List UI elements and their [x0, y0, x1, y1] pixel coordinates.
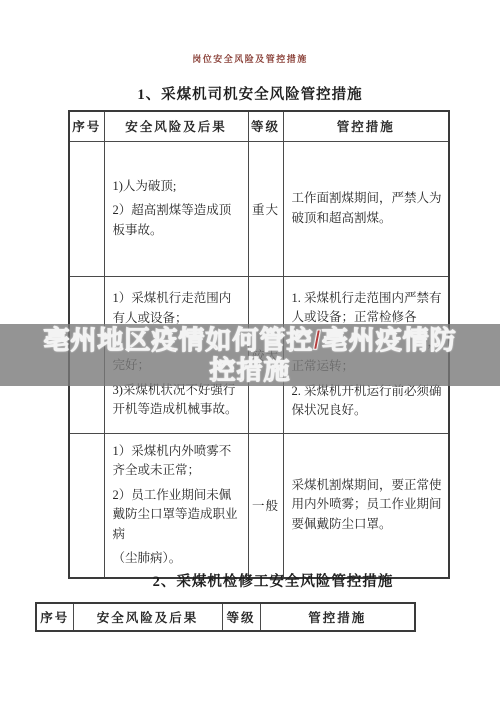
row2-risk-p1: 1）采煤机行走范围内有人或设备； — [113, 289, 242, 328]
row2-measures-p4: 2. 采煤机开机运行前必须确保状况良好。 — [292, 382, 443, 421]
table-row: 1)人为破顶; 2）超高割煤等造成顶板事故。 重大 工作面割煤期间，严禁人为破顶… — [69, 141, 449, 276]
table1-header-row: 序号 安全风险及后果 等级 管控措施 — [69, 111, 449, 141]
row3-risk-p1: 1）采煤机内外喷雾不齐全或未正常； — [113, 442, 242, 481]
row1-level: 重大 — [248, 141, 283, 276]
row1-risk-p2: 2）超高割煤等造成顶板事故。 — [113, 201, 242, 240]
row3-risk: 1）采煤机内外喷雾不齐全或未正常； 2）员工作业期间未佩戴防尘口罩等造成职业病 … — [104, 433, 248, 578]
table2-header-row: 序号 安全风险及后果 等级 管控措施 — [36, 603, 415, 631]
watermark-overlay-band: 亳州地区疫情如何管控/亳州疫情防 控措施 — [0, 324, 500, 386]
table-row: 1）采煤机内外喷雾不齐全或未正常； 2）员工作业期间未佩戴防尘口罩等造成职业病 … — [69, 433, 449, 578]
row3-risk-p2: 2）员工作业期间未佩戴防尘口罩等造成职业病 — [113, 486, 242, 545]
row3-level: 一般 — [248, 433, 283, 578]
watermark-text-line2: 控措施 — [0, 355, 500, 385]
table1-header-no: 序号 — [69, 111, 104, 141]
row1-no — [69, 141, 104, 276]
table2-header-no: 序号 — [36, 603, 73, 631]
row3-measures-p1: 采煤机割煤期间，要正常使用内外喷雾；员工作业期间要佩戴防尘口罩。 — [292, 476, 443, 535]
risk-table-2: 序号 安全风险及后果 等级 管控措施 — [35, 602, 416, 632]
page-header-note: 岗位安全风险及管控措施 — [0, 52, 500, 65]
watermark-text-line1: 亳州地区疫情如何管控/亳州疫情防 — [0, 325, 500, 355]
section1-title: 1、采煤机司机安全风险管控措施 — [0, 83, 500, 104]
row3-no — [69, 433, 104, 578]
row1-measures: 工作面割煤期间，严禁人为破顶和超高割煤。 — [283, 141, 449, 276]
table1-header-measures: 管控措施 — [283, 111, 449, 141]
row1-risk-p1: 1)人为破顶; — [113, 177, 242, 197]
row3-measures: 采煤机割煤期间，要正常使用内外喷雾；员工作业期间要佩戴防尘口罩。 — [283, 433, 449, 578]
row1-level-text: 重大 — [252, 203, 279, 217]
table2-header-risk: 安全风险及后果 — [73, 603, 222, 631]
document-page: 岗位安全风险及管控措施 1、采煤机司机安全风险管控措施 序号 安全风险及后果 等… — [0, 0, 500, 707]
row3-level-text: 一般 — [252, 499, 279, 513]
row2-measures-p1: 1. 采煤机行走范围内严禁有人或设备；正常检修各 — [292, 289, 443, 328]
row1-risk: 1)人为破顶; 2）超高割煤等造成顶板事故。 — [104, 141, 248, 276]
table1-header-level: 等级 — [248, 111, 283, 141]
row3-risk-p3: （尘肺病）。 — [113, 549, 242, 569]
row2-risk-p4: 3)采煤机状况不好强行开机等造成机械事故。 — [113, 381, 242, 420]
table2-header-level: 等级 — [222, 603, 260, 631]
table1-header-risk: 安全风险及后果 — [104, 111, 248, 141]
table2-header-measures: 管控措施 — [260, 603, 415, 631]
row1-measures-p1: 工作面割煤期间，严禁人为破顶和超高割煤。 — [292, 189, 443, 228]
section2-title: 2、采煤机检修工安全风险管控措施 — [0, 570, 500, 591]
